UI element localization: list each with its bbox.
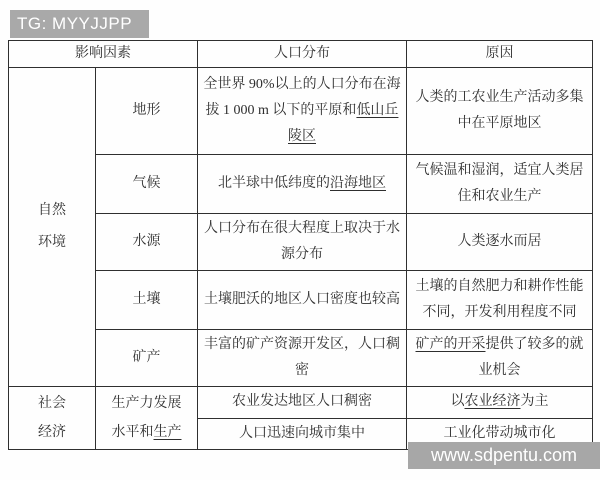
climate-dist-text: 北半球中低纬度的 [218, 176, 330, 191]
cell-terrain-distribution: 全世界 90%以上的人口分布在海拔 1 000 m 以下的平原和低山丘陵区 [198, 68, 407, 155]
productivity-line2-text: 水平和 [112, 425, 154, 440]
productivity-line2-underlined: 生产 [154, 425, 182, 440]
row-mineral: 矿产 丰富的矿产资源开发区，人口稠密 矿产的开采提供了较多的就业机会 [9, 330, 593, 387]
cell-terrain-reason: 人类的工农业生产活动多集中在平原地区 [407, 68, 593, 155]
natural-line2: 环境 [14, 227, 90, 259]
cell-water-distribution: 人口分布在很大程度上取决于水源分布 [198, 214, 407, 271]
social-a-reason-post: 为主 [521, 394, 549, 409]
cell-climate-label: 气候 [96, 155, 198, 214]
cell-water-reason: 人类逐水而居 [407, 214, 593, 271]
social-a-reason-underlined: 农业经济 [465, 394, 521, 409]
table: 影响因素 人口分布 原因 自然 环境 地形 全世界 90%以上的人口分布在海拔 … [8, 40, 593, 450]
cell-water-label: 水源 [96, 214, 198, 271]
cell-mineral-reason: 矿产的开采提供了较多的就业机会 [407, 330, 593, 387]
productivity-line2: 水平和生产 [101, 418, 192, 447]
cell-soil-distribution: 土壤肥沃的地区人口密度也较高 [198, 271, 407, 330]
cell-soil-label: 土壤 [96, 271, 198, 330]
productivity-line1: 生产力发展 [101, 389, 192, 418]
social-line2: 经济 [14, 418, 90, 447]
header-row: 影响因素 人口分布 原因 [9, 41, 593, 68]
natural-line1: 自然 [14, 195, 90, 227]
cell-mineral-distribution: 丰富的矿产资源开发区，人口稠密 [198, 330, 407, 387]
cell-climate-distribution: 北半球中低纬度的沿海地区 [198, 155, 407, 214]
row-water: 水源 人口分布在很大程度上取决于水源分布 人类逐水而居 [9, 214, 593, 271]
row-social-a: 社会 经济 生产力发展 水平和生产 农业发达地区人口稠密 以农业经济为主 [9, 387, 593, 419]
cell-social-b-distribution: 人口迅速向城市集中 [198, 418, 407, 450]
header-reason: 原因 [407, 41, 593, 68]
social-a-reason-pre: 以 [451, 394, 465, 409]
social-line1: 社会 [14, 389, 90, 418]
cell-social-a-reason: 以农业经济为主 [407, 387, 593, 419]
cell-social-economy: 社会 经济 [9, 387, 96, 450]
row-climate: 气候 北半球中低纬度的沿海地区 气候温和湿润，适宜人类居住和农业生产 [9, 155, 593, 214]
mineral-reason-underlined: 矿产的开采 [416, 337, 486, 352]
mineral-reason-text: 提供了较多的就业机会 [479, 337, 584, 378]
cell-mineral-label: 矿产 [96, 330, 198, 387]
tg-badge: TG: MYYJJPP [10, 10, 149, 38]
header-distribution: 人口分布 [198, 41, 407, 68]
cell-social-a-distribution: 农业发达地区人口稠密 [198, 387, 407, 419]
watermark-label: www.sdpentu.com [431, 445, 577, 465]
cell-terrain-label: 地形 [96, 68, 198, 155]
cell-natural-environment: 自然 环境 [9, 68, 96, 387]
cell-productivity: 生产力发展 水平和生产 [96, 387, 198, 450]
climate-dist-underlined: 沿海地区 [330, 176, 386, 191]
population-factors-table: 影响因素 人口分布 原因 自然 环境 地形 全世界 90%以上的人口分布在海拔 … [8, 40, 592, 450]
watermark-bar: www.sdpentu.com [408, 442, 600, 469]
header-factor: 影响因素 [9, 41, 198, 68]
row-soil: 土壤 土壤肥沃的地区人口密度也较高 土壤的自然肥力和耕作性能不同，开发利用程度不… [9, 271, 593, 330]
tg-badge-label: TG: MYYJJPP [17, 14, 132, 33]
cell-climate-reason: 气候温和湿润，适宜人类居住和农业生产 [407, 155, 593, 214]
row-terrain: 自然 环境 地形 全世界 90%以上的人口分布在海拔 1 000 m 以下的平原… [9, 68, 593, 155]
cell-soil-reason: 土壤的自然肥力和耕作性能不同，开发利用程度不同 [407, 271, 593, 330]
